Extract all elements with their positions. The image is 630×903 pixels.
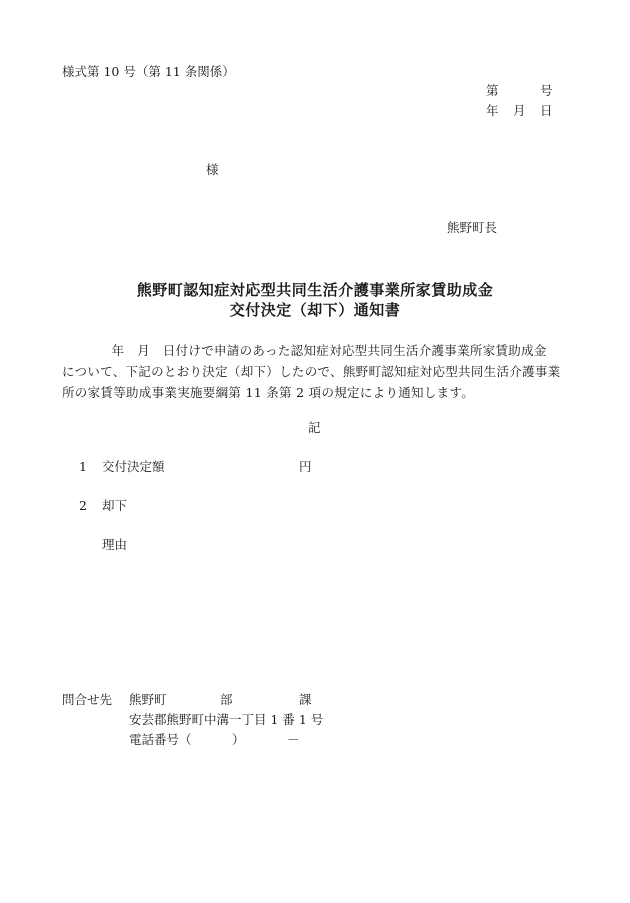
item-1-label: 交付決定額 (102, 461, 165, 474)
item-1-number: 1 (79, 461, 87, 474)
contact-town: 熊野町 (129, 694, 167, 707)
contact-address: 安芸郡熊野町中溝一丁目 1 番 1 号 (129, 714, 323, 727)
contact-label: 問合せ先 (62, 694, 112, 707)
title-line-1: 熊野町認知症対応型共同生活介護事業所家賃助成金 (0, 283, 630, 298)
body-line-1: 年 月 日付けで申請のあった認知症対応型共同生活介護事業所家賃助成金 (62, 340, 582, 361)
issuer: 熊野町長 (447, 222, 497, 235)
addressee: 様 (206, 164, 219, 177)
contact-department: 部 (220, 694, 233, 707)
date-year: 年 (486, 105, 499, 118)
item-2-label: 却下 (102, 500, 127, 513)
body-line-3: 所の家賃等助成事業実施要綱第 11 条第 2 項の規定により通知します。 (62, 382, 582, 403)
doc-number-suffix: 号 (540, 85, 553, 98)
date-day: 日 (540, 105, 553, 118)
form-number: 様式第 10 号（第 11 条関係） (62, 66, 235, 79)
contact-section: 課 (299, 694, 312, 707)
contact-phone-label: 電話番号（ (129, 734, 192, 747)
contact-phone-dash: － (287, 734, 300, 747)
body-paragraph: 年 月 日付けで申請のあった認知症対応型共同生活介護事業所家賃助成金 について、… (62, 340, 582, 403)
reason-label: 理由 (102, 539, 127, 552)
doc-number-prefix: 第 (486, 85, 499, 98)
contact-phone-close: ） (232, 734, 245, 747)
ki-heading: 記 (308, 422, 321, 435)
title-line-2: 交付決定（却下）通知書 (0, 303, 630, 318)
item-1-unit: 円 (299, 461, 312, 474)
item-2-number: 2 (79, 500, 87, 513)
date-month: 月 (513, 105, 526, 118)
body-line-2: について、下記のとおり決定（却下）したので、熊野町認知症対応型共同生活介護事業 (62, 361, 582, 382)
